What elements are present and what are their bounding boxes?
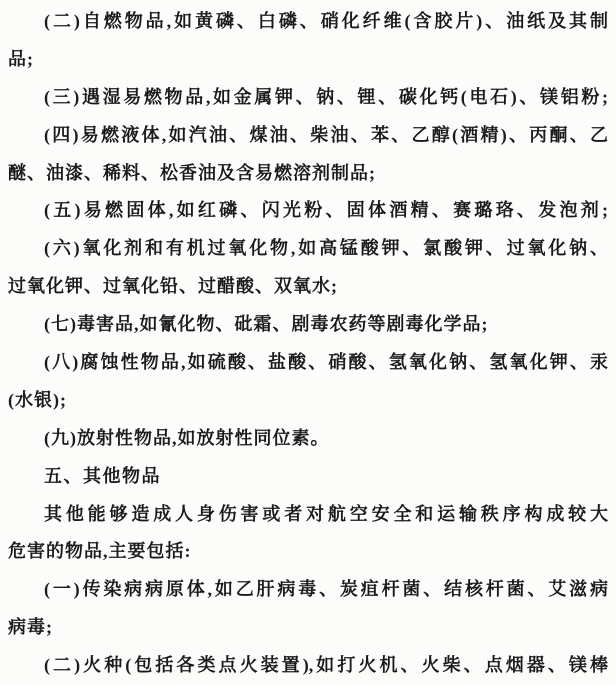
section-heading: 五、其他物品 xyxy=(8,458,608,496)
document-body: (二)自燃物品,如黄磷、白磷、硝化纤维(含胶片)、油纸及其制品;(三)遇湿易燃物… xyxy=(8,3,608,685)
text-line: 病毒; xyxy=(8,609,608,647)
text-line: (六)氧化剂和有机过氧化物,如高锰酸钾、氯酸钾、过氧化钠、 xyxy=(8,230,608,268)
text-line: (四)易燃液体,如汽油、煤油、柴油、苯、乙醇(酒精)、丙酮、乙 xyxy=(8,117,608,155)
text-line: (水银); xyxy=(8,382,608,420)
text-line: (二)自燃物品,如黄磷、白磷、硝化纤维(含胶片)、油纸及其制 xyxy=(8,3,608,41)
text-line: 醚、油漆、稀料、松香油及含易燃溶剂制品; xyxy=(8,155,608,193)
text-line: (九)放射性物品,如放射性同位素。 xyxy=(8,420,608,458)
text-line: (七)毒害品,如氰化物、砒霜、剧毒农药等剧毒化学品; xyxy=(8,306,608,344)
text-line: (八)腐蚀性物品,如硫酸、盐酸、硝酸、氢氧化钠、氢氧化钾、汞 xyxy=(8,344,608,382)
text-line: 品; xyxy=(8,41,608,79)
document-page: (二)自燃物品,如黄磷、白磷、硝化纤维(含胶片)、油纸及其制品;(三)遇湿易燃物… xyxy=(0,0,616,685)
text-line: (三)遇湿易燃物品,如金属钾、钠、锂、碳化钙(电石)、镁铝粉; xyxy=(8,79,608,117)
text-line: 其他能够造成人身伤害或者对航空安全和运输秩序构成较大 xyxy=(8,496,608,534)
text-line: (二)火种(包括各类点火装置),如打火机、火柴、点烟器、镁棒 xyxy=(8,647,608,685)
text-line: 过氧化钾、过氧化铅、过醋酸、双氧水; xyxy=(8,268,608,306)
text-line: 危害的物品,主要包括: xyxy=(8,533,608,571)
text-line: (五)易燃固体,如红磷、闪光粉、固体酒精、赛璐珞、发泡剂; xyxy=(8,192,608,230)
text-line: (一)传染病病原体,如乙肝病毒、炭疽杆菌、结核杆菌、艾滋病 xyxy=(8,571,608,609)
